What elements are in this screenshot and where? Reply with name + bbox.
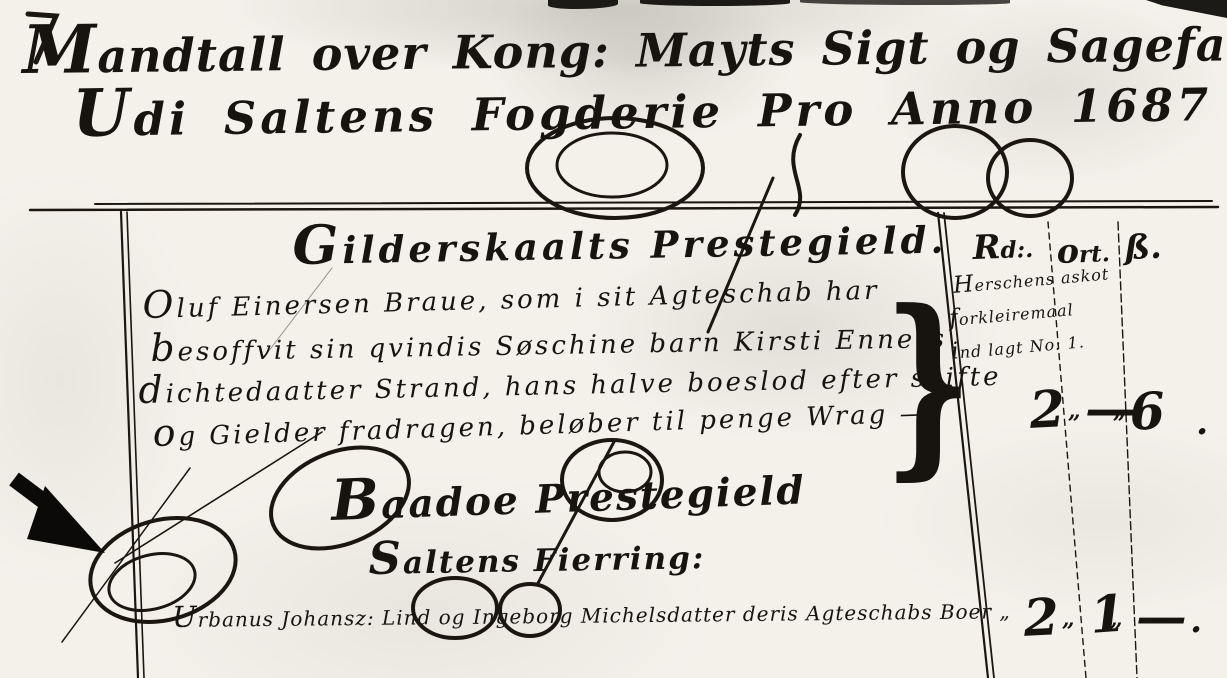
pointer-arrow xyxy=(0,0,1227,678)
manuscript-page: Mandtall over Kong: Mayts Sigt og Sagefa… xyxy=(0,0,1227,678)
